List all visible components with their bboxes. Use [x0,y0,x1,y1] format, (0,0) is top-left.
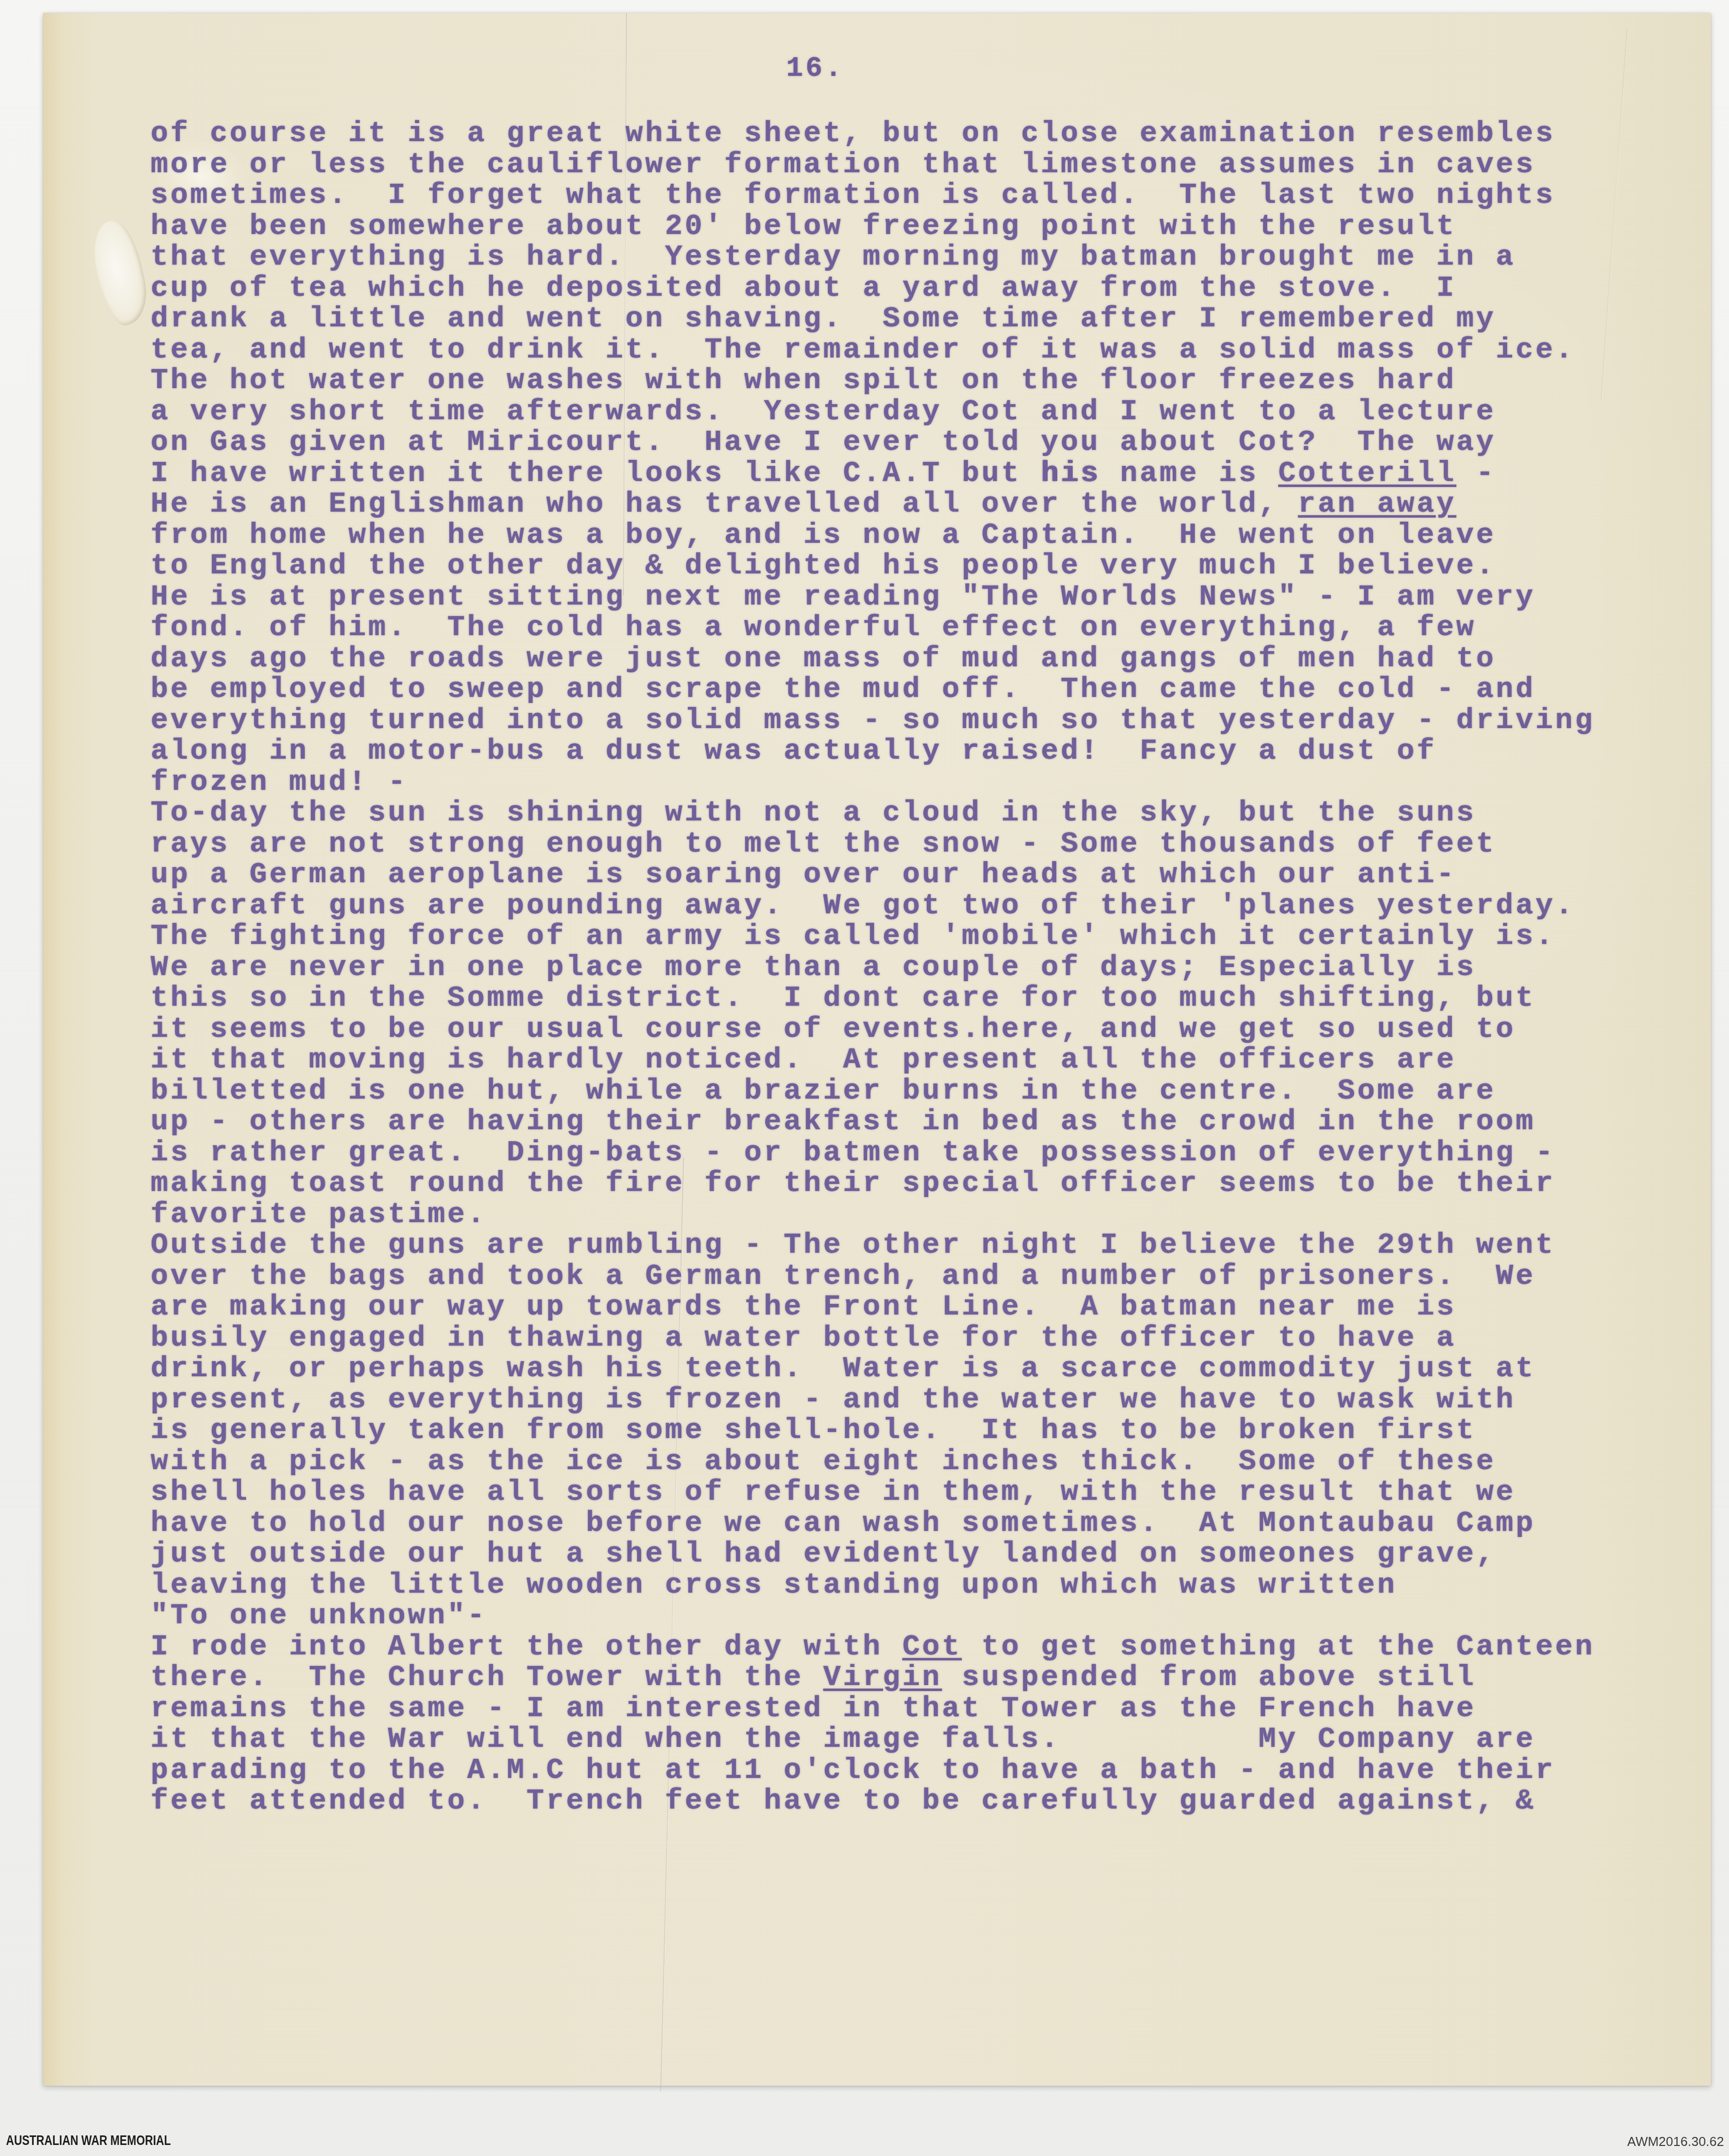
page-number: 16. [786,52,844,84]
letter-line: shell holes have all sorts of refuse in … [151,1477,1682,1508]
letter-line: of course it is a great white sheet, but… [151,118,1682,150]
letter-line: To-day the sun is shining with not a clo… [151,798,1682,829]
letter-line: leaving the little wooden cross standing… [151,1570,1682,1601]
letter-line: from home when he was a boy, and is now … [151,520,1682,551]
letter-line: Outside the guns are rumbling - The othe… [151,1230,1682,1261]
letter-line: I rode into Albert the other day with Co… [151,1632,1682,1663]
letter-line: be employed to sweep and scrape the mud … [151,674,1682,705]
letter-line: days ago the roads were just one mass of… [151,644,1682,675]
letter-line: The fighting force of an army is called … [151,921,1682,952]
letter-line: are making our way up towards the Front … [151,1292,1682,1323]
letter-line: "To one unknown"- [151,1601,1682,1632]
letter-line: He is an Englishman who has travelled al… [151,489,1682,520]
letter-line: over the bags and took a German trench, … [151,1261,1682,1292]
letter-line: that everything is hard. Yesterday morni… [151,242,1682,273]
letter-line: is generally taken from some shell-hole.… [151,1415,1682,1447]
letter-line: it that moving is hardly noticed. At pre… [151,1045,1682,1076]
letter-line: along in a motor-bus a dust was actually… [151,736,1682,767]
letter-line: parading to the A.M.C hut at 11 o'clock … [151,1755,1682,1786]
letter-line: aircraft guns are pounding away. We got … [151,891,1682,922]
letter-line: up - others are having their breakfast i… [151,1107,1682,1138]
letter-line: remains the same - I am interested in th… [151,1694,1682,1725]
letter-body: of course it is a great white sheet, but… [151,118,1682,1817]
letter-line: a very short time afterwards. Yesterday … [151,397,1682,428]
letter-line: up a German aeroplane is soaring over ou… [151,860,1682,891]
letter-line: just outside our hut a shell had evident… [151,1539,1682,1570]
letter-line: busily engaged in thawing a water bottle… [151,1323,1682,1354]
letter-line: sometimes. I forget what the formation i… [151,180,1682,211]
letter-line: tea, and went to drink it. The remainder… [151,335,1682,366]
letter-line: We are never in one place more than a co… [151,952,1682,984]
letter-line: there. The Church Tower with the Virgin … [151,1662,1682,1694]
letter-line: everything turned into a solid mass - so… [151,705,1682,737]
letter-line: more or less the cauliflower formation t… [151,150,1682,181]
awm-accession-number: AWM2016.30.62 [1627,2134,1724,2149]
letter-line: cup of tea which he deposited about a ya… [151,273,1682,304]
letter-line: present, as everything is frozen - and t… [151,1385,1682,1416]
letter-line: on Gas given at Miricourt. Have I ever t… [151,427,1682,458]
letter-line: making toast round the fire for their sp… [151,1168,1682,1200]
letter-line: with a pick - as the ice is about eight … [151,1447,1682,1478]
letter-line: feet attended to. Trench feet have to be… [151,1786,1682,1817]
letter-line: it seems to be our usual course of event… [151,1014,1682,1045]
letter-line: to England the other day & delighted his… [151,551,1682,582]
letter-line: I have written it there looks like C.A.T… [151,458,1682,490]
letter-line: drink, or perhaps wash his teeth. Water … [151,1354,1682,1385]
letter-line: billetted is one hut, while a brazier bu… [151,1076,1682,1107]
letter-line: The hot water one washes with when spilt… [151,366,1682,397]
letter-line: have been somewhere about 20' below free… [151,211,1682,243]
letter-line: favorite pastime. [151,1200,1682,1231]
paper-damage-hole [87,216,153,329]
letter-line: drank a little and went on shaving. Some… [151,304,1682,335]
letter-line: He is at present sitting next me reading… [151,582,1682,613]
letter-line: fond. of him. The cold has a wonderful e… [151,613,1682,644]
letter-line: this so in the Somme district. I dont ca… [151,983,1682,1014]
letter-page: 16. of course it is a great white sheet,… [43,13,1711,2086]
letter-line: rays are not strong enough to melt the s… [151,829,1682,860]
letter-line: frozen mud! - [151,767,1682,798]
letter-line: is rather great. Ding-bats - or batmen t… [151,1138,1682,1169]
letter-line: it that the War will end when the image … [151,1724,1682,1755]
letter-line: have to hold our nose before we can wash… [151,1508,1682,1539]
awm-credit-label: AUSTRALIAN WAR MEMORIAL [6,2133,171,2148]
